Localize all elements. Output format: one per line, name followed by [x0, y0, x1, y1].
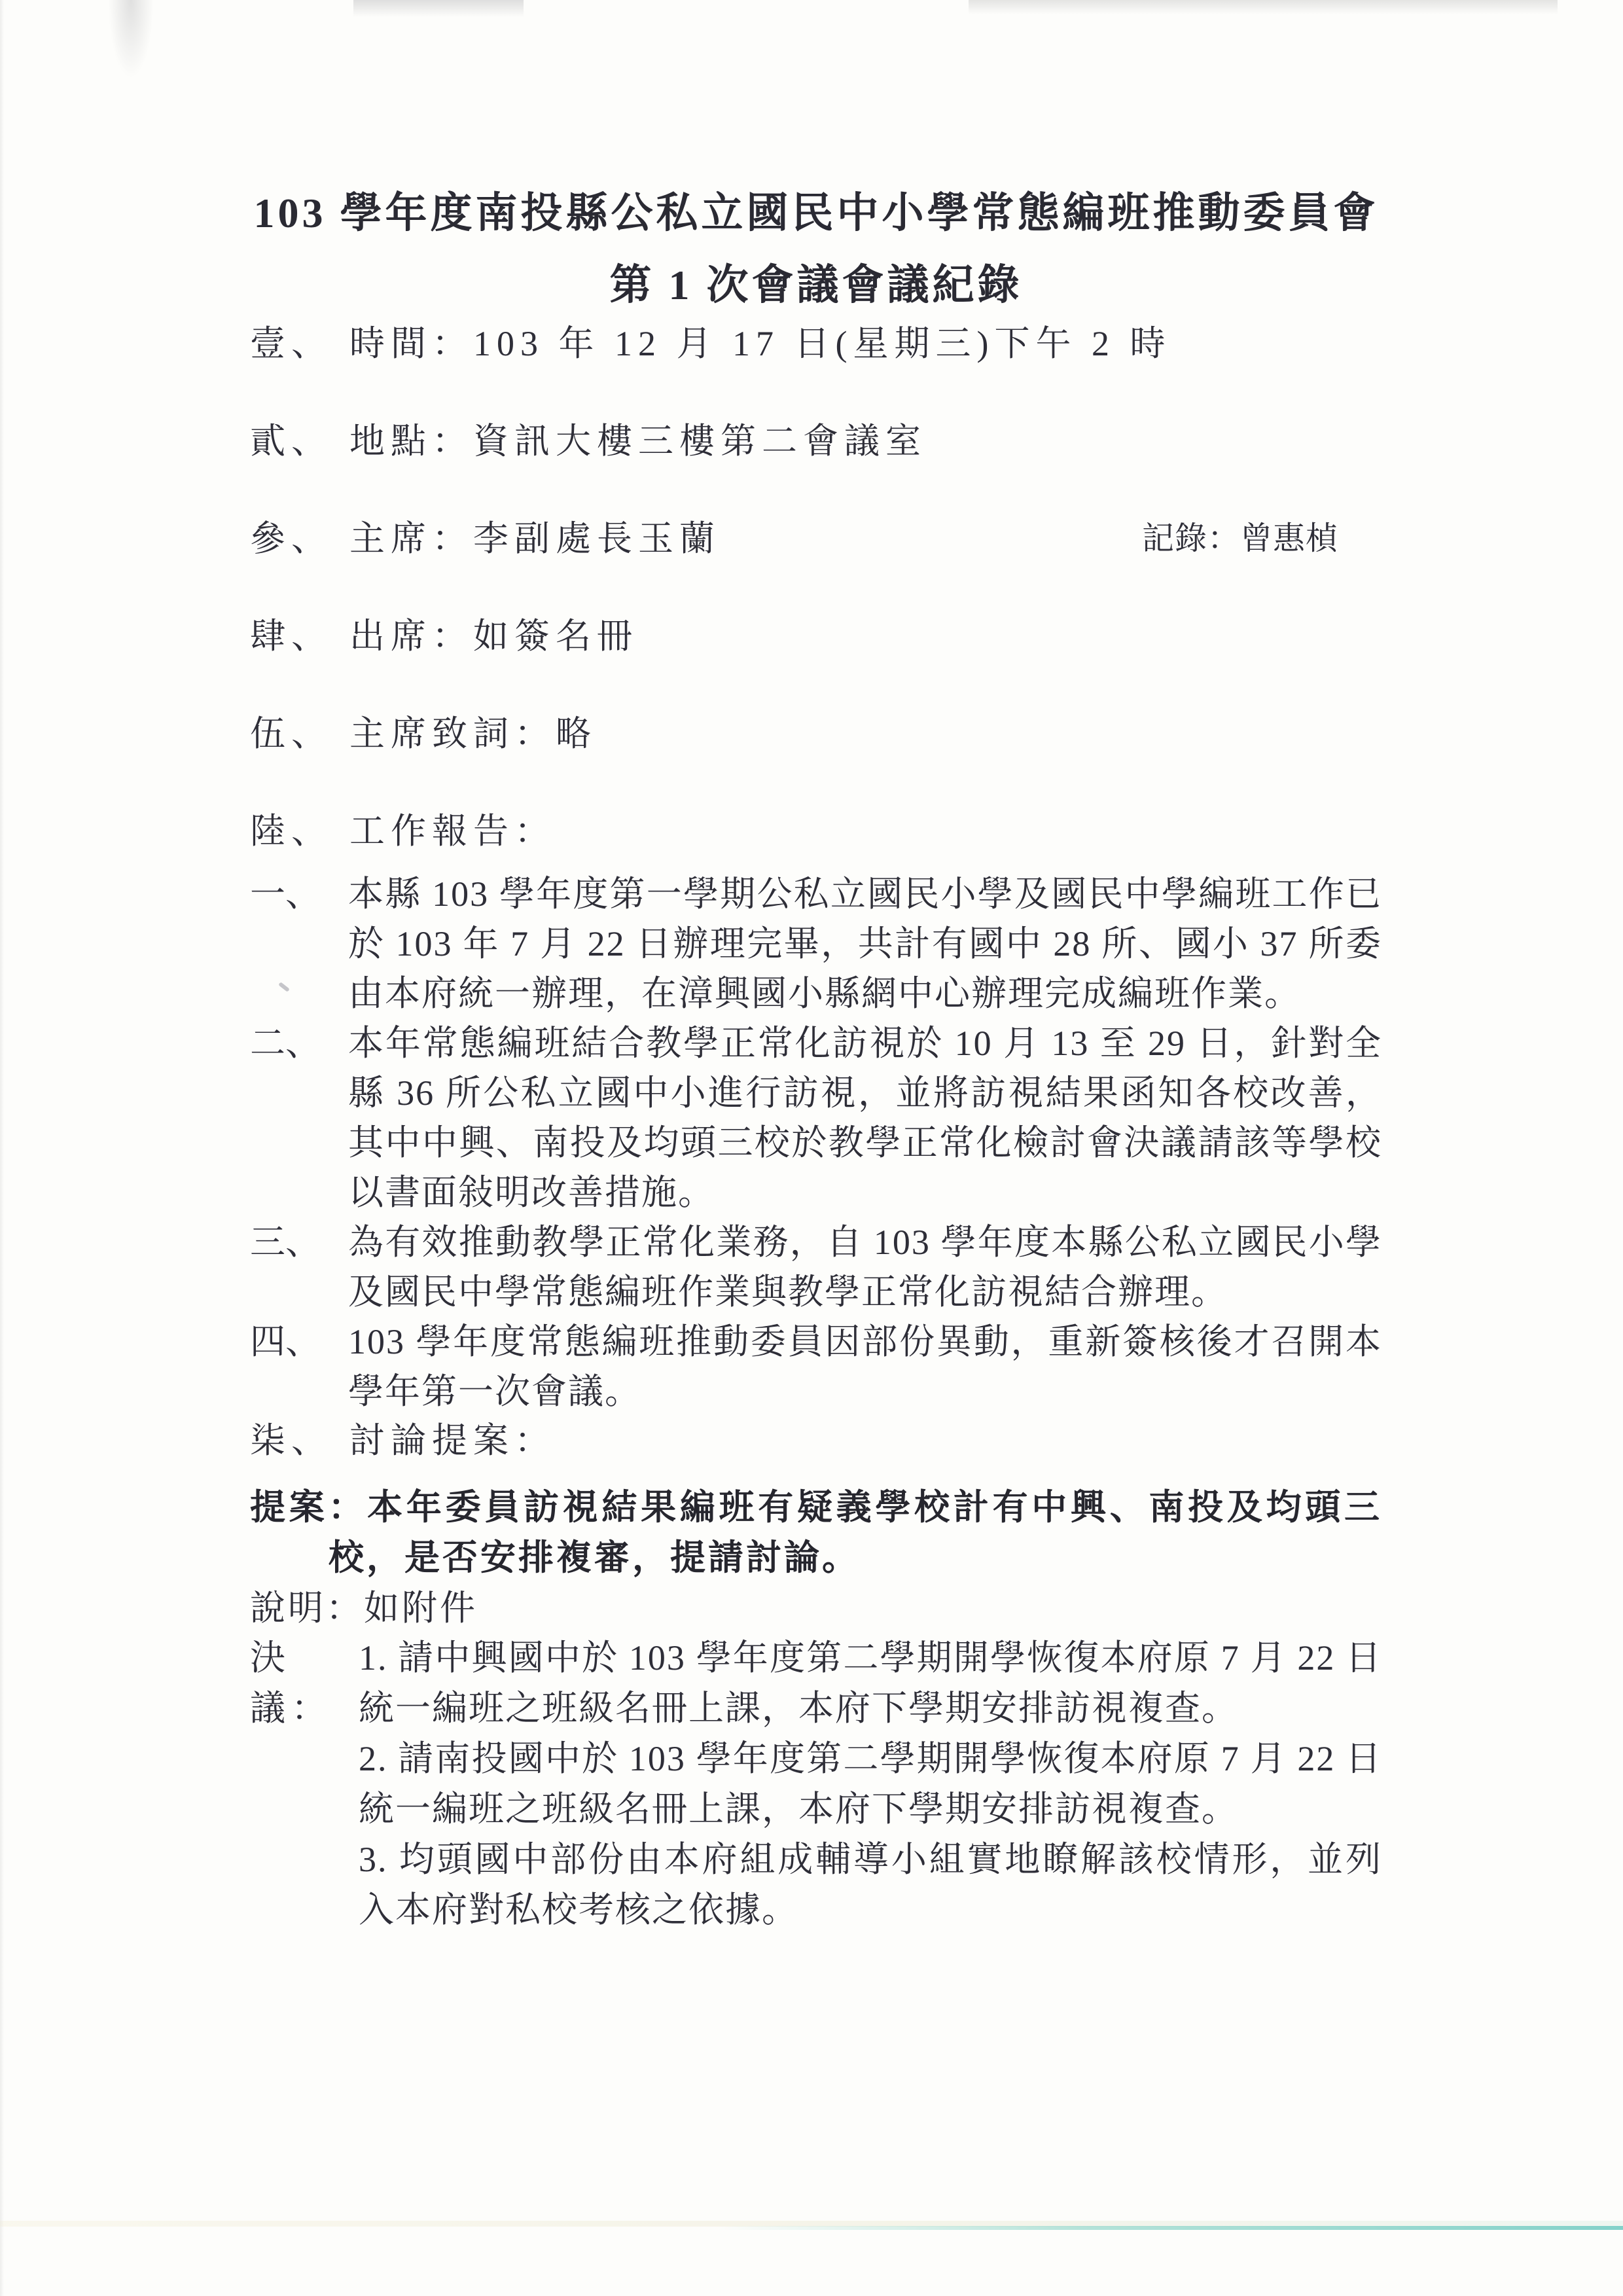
- item-number: 一、: [250, 869, 348, 1018]
- section-text: 出席：如簽名冊: [349, 617, 638, 656]
- item-number: 四、: [250, 1317, 348, 1416]
- section-text: 主席致詞：略: [349, 714, 597, 753]
- scan-artifact-bottom-band: [0, 2221, 1623, 2227]
- work-report-item-1: 一、 本縣 103 學年度第一學期公私立國民小學及國民中學編班工作已於 103 …: [250, 869, 1382, 1018]
- document-title-line2: 第 1 次會議會議紀錄: [250, 249, 1382, 321]
- section-number: 貳、: [250, 419, 349, 463]
- resolution-item-1: 1. 請中興國中於 103 學年度第二學期開學恢復本府原 7 月 22 日統一編…: [359, 1633, 1382, 1734]
- work-report-list: 一、 本縣 103 學年度第一學期公私立國民小學及國民中學編班工作已於 103 …: [250, 869, 1382, 1416]
- item-text: 103 學年度常態編班推動委員因部份異動，重新簽核後才召開本學年第一次會議。: [348, 1317, 1382, 1416]
- work-report-item-3: 三、 為有效推動教學正常化業務，自 103 學年度本縣公私立國民小學及國民中學常…: [250, 1217, 1382, 1317]
- resolution-block: 決議： 1. 請中興國中於 103 學年度第二學期開學恢復本府原 7 月 22 …: [250, 1633, 1382, 1935]
- item-text: 本縣 103 學年度第一學期公私立國民小學及國民中學編班工作已於 103 年 7…: [348, 869, 1382, 1018]
- item-number: 二、: [250, 1018, 348, 1217]
- document-title-line1: 103 學年度南投縣公私立國民中小學常態編班推動委員會: [250, 177, 1382, 249]
- section-number: 肆、: [250, 614, 349, 658]
- section-text: 主席：李副處長玉蘭: [349, 519, 721, 558]
- section-text: 工作報告：: [349, 812, 556, 851]
- section-row-chair-remarks: 伍、主席致詞：略: [250, 711, 1382, 756]
- section-row-work-report: 陸、工作報告：: [250, 809, 1382, 853]
- scan-artifact-bottom-line: [720, 2226, 1623, 2230]
- section-row-chair: 參、主席：李副處長玉蘭 記錄：曾惠楨: [250, 516, 1382, 561]
- section-text: 討論提案：: [349, 1421, 556, 1460]
- section-list: 壹、時間：103 年 12 月 17 日(星期三)下午 2 時 貳、地點：資訊大…: [250, 321, 1382, 853]
- section-row-time: 壹、時間：103 年 12 月 17 日(星期三)下午 2 時: [250, 321, 1382, 366]
- section-number: 陸、: [250, 809, 349, 853]
- resolution-item-3: 3. 均頭國中部份由本府組成輔導小組實地瞭解該校情形，並列入本府對私校考核之依據…: [359, 1835, 1382, 1935]
- explanation-text: 說明：如附件: [250, 1583, 1382, 1633]
- section-text: 時間：103 年 12 月 17 日(星期三)下午 2 時: [349, 324, 1171, 363]
- resolution-list: 1. 請中興國中於 103 學年度第二學期開學恢復本府原 7 月 22 日統一編…: [359, 1633, 1382, 1935]
- section-row-place: 貳、地點：資訊大樓三樓第二會議室: [250, 419, 1382, 463]
- resolution-label: 決議：: [250, 1633, 359, 1935]
- recorder-note: 記錄：曾惠楨: [1142, 516, 1338, 561]
- proposal-text: 提案：本年委員訪視結果編班有疑義學校計有中興、南投及均頭三校，是否安排複審，提請…: [250, 1482, 1382, 1583]
- work-report-item-2: 二、 本年常態編班結合教學正常化訪視於 10 月 13 至 29 日，針對全縣 …: [250, 1018, 1382, 1217]
- section-row-attendees: 肆、出席：如簽名冊: [250, 614, 1382, 658]
- section-text: 地點：資訊大樓三樓第二會議室: [349, 422, 927, 461]
- item-text: 本年常態編班結合教學正常化訪視於 10 月 13 至 29 日，針對全縣 36 …: [348, 1018, 1382, 1217]
- document-content: 103 學年度南投縣公私立國民中小學常態編班推動委員會 第 1 次會議會議紀錄 …: [0, 0, 1623, 1935]
- scanned-document-page: 103 學年度南投縣公私立國民中小學常態編班推動委員會 第 1 次會議會議紀錄 …: [0, 0, 1623, 2296]
- item-text: 為有效推動教學正常化業務，自 103 學年度本縣公私立國民小學及國民中學常態編班…: [348, 1217, 1382, 1317]
- work-report-item-4: 四、 103 學年度常態編班推動委員因部份異動，重新簽核後才召開本學年第一次會議…: [250, 1317, 1382, 1416]
- section-number: 參、: [250, 516, 349, 561]
- section-number: 柒、: [250, 1418, 349, 1463]
- item-number: 三、: [250, 1217, 348, 1317]
- section-number: 伍、: [250, 711, 349, 756]
- section-row-discussion: 柒、討論提案：: [250, 1418, 1382, 1463]
- section-number: 壹、: [250, 321, 349, 366]
- resolution-item-2: 2. 請南投國中於 103 學年度第二學期開學恢復本府原 7 月 22 日統一編…: [359, 1734, 1382, 1835]
